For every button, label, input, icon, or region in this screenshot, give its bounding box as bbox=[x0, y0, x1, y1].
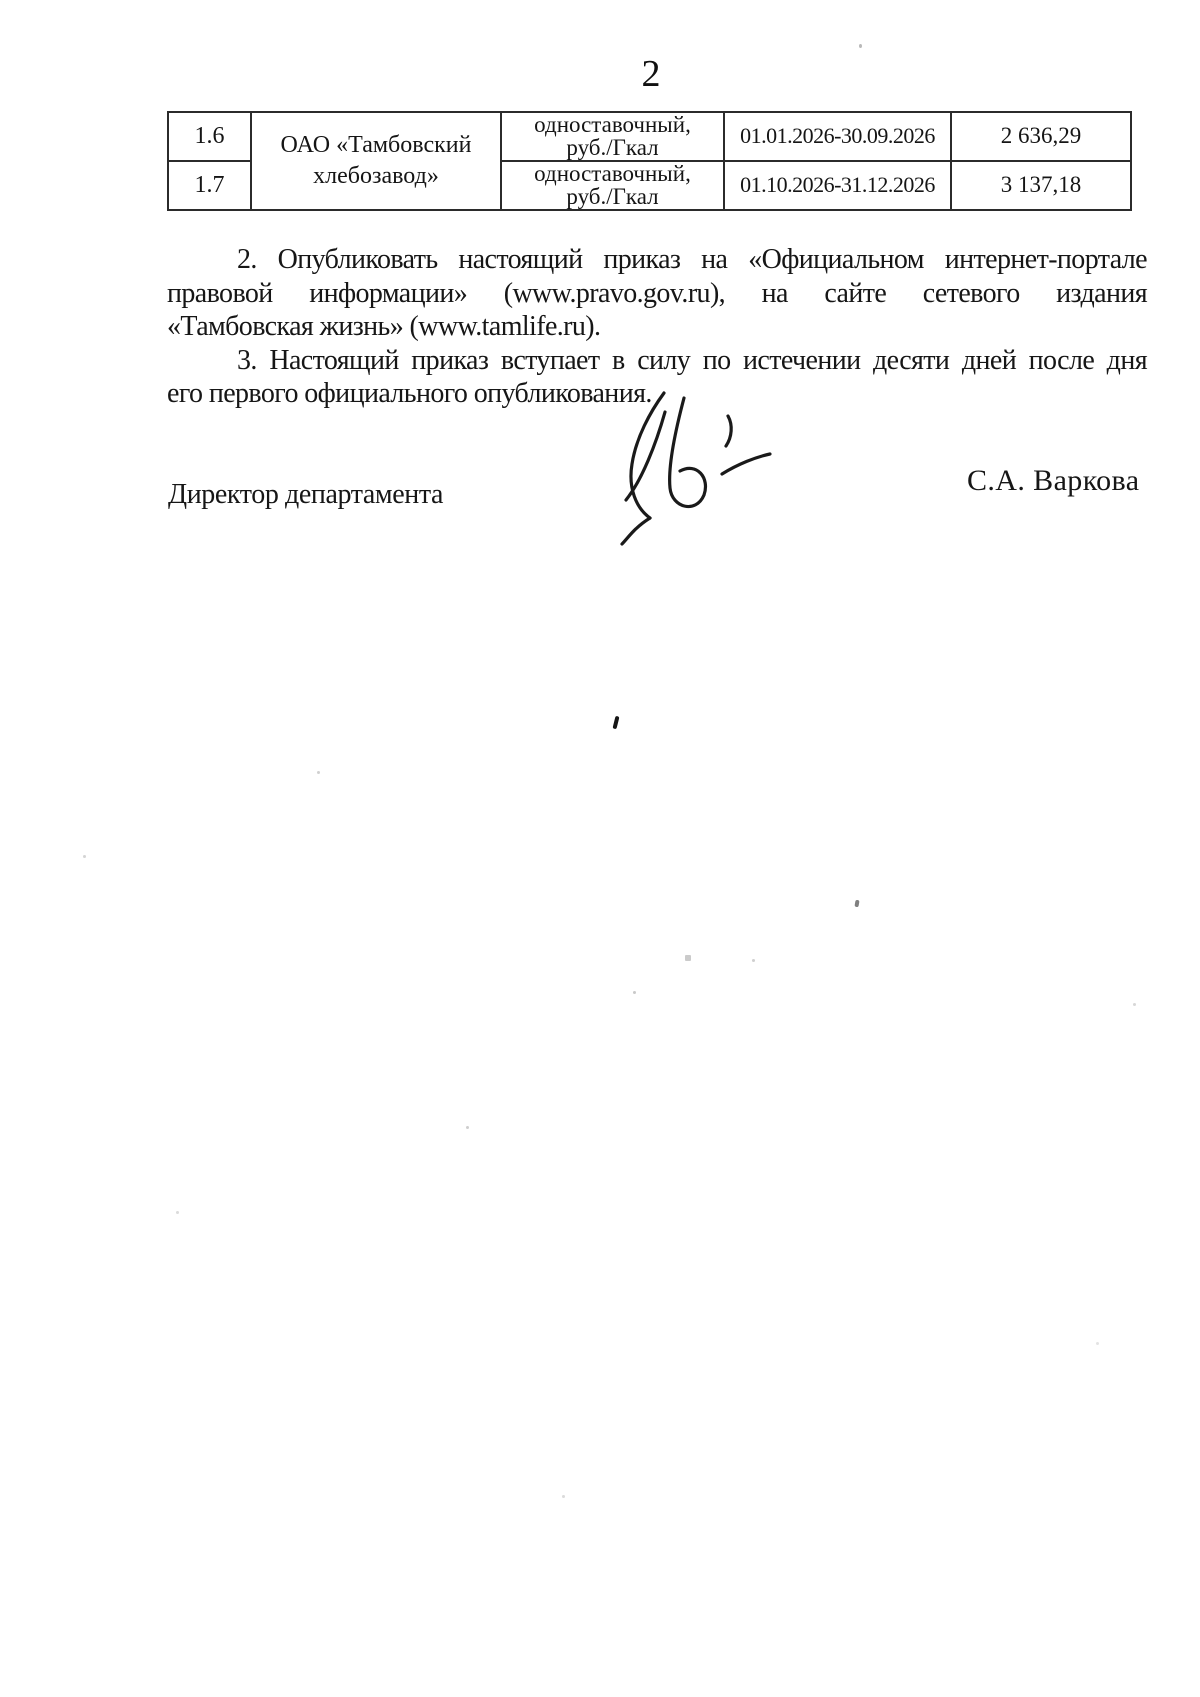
tariff-row-1-6: 1.6 ОАО «Тамбовский хлебозавод» одностав… bbox=[168, 112, 1131, 161]
company-cell: ОАО «Тамбовский хлебозавод» bbox=[251, 112, 501, 210]
document-page: 2 1.6 ОАО «Тамбовский хлебозавод» одност… bbox=[0, 0, 1200, 1697]
paragraph-publish: 2. Опубликовать настоящий приказ на «Офи… bbox=[167, 243, 1147, 344]
scan-speck bbox=[685, 955, 691, 961]
tariff-type-cell: одноставочный, руб./Гкал bbox=[501, 161, 724, 210]
scan-speck bbox=[466, 1126, 469, 1129]
paragraph-line: 3. Настоящий приказ вступает в силу по и… bbox=[167, 344, 1147, 378]
scan-speck bbox=[1096, 1342, 1099, 1345]
page-number: 2 bbox=[167, 52, 1135, 96]
row-number-cell: 1.6 bbox=[168, 112, 251, 161]
period-cell: 01.01.2026-30.09.2026 bbox=[724, 112, 951, 161]
scan-speck bbox=[752, 959, 755, 962]
tariff-unit-line: руб./Гкал bbox=[504, 185, 721, 208]
signature-autograph bbox=[598, 388, 786, 546]
tariff-table: 1.6 ОАО «Тамбовский хлебозавод» одностав… bbox=[167, 111, 1132, 211]
value-cell: 2 636,29 bbox=[951, 112, 1131, 161]
signatory-name: С.А. Варкова bbox=[967, 464, 1139, 498]
signatory-title: Директор департамента bbox=[168, 479, 443, 511]
paragraph-line: 2. Опубликовать настоящий приказ на «Офи… bbox=[167, 243, 1147, 277]
scan-speck bbox=[854, 900, 859, 908]
scan-speck bbox=[859, 44, 862, 48]
tariff-unit-line: руб./Гкал bbox=[504, 136, 721, 159]
scan-speck bbox=[633, 991, 636, 994]
tariff-type-line: одноставочный, bbox=[504, 162, 721, 185]
scan-speck bbox=[317, 771, 320, 774]
scan-speck bbox=[1133, 1003, 1136, 1006]
value-cell: 3 137,18 bbox=[951, 161, 1131, 210]
tariff-type-cell: одноставочный, руб./Гкал bbox=[501, 112, 724, 161]
period-cell: 01.10.2026-31.12.2026 bbox=[724, 161, 951, 210]
paragraph-line: правовой информации» (www.pravo.gov.ru),… bbox=[167, 277, 1147, 311]
scan-speck bbox=[562, 1495, 565, 1498]
scan-speck bbox=[176, 1211, 179, 1214]
body-text: 2. Опубликовать настоящий приказ на «Офи… bbox=[167, 243, 1147, 411]
tariff-type-line: одноставочный, bbox=[504, 113, 721, 136]
scan-speck bbox=[83, 855, 86, 858]
stray-pen-tick bbox=[612, 716, 619, 730]
paragraph-line: «Тамбовская жизнь» (www.tamlife.ru). bbox=[167, 310, 1147, 344]
row-number-cell: 1.7 bbox=[168, 161, 251, 210]
